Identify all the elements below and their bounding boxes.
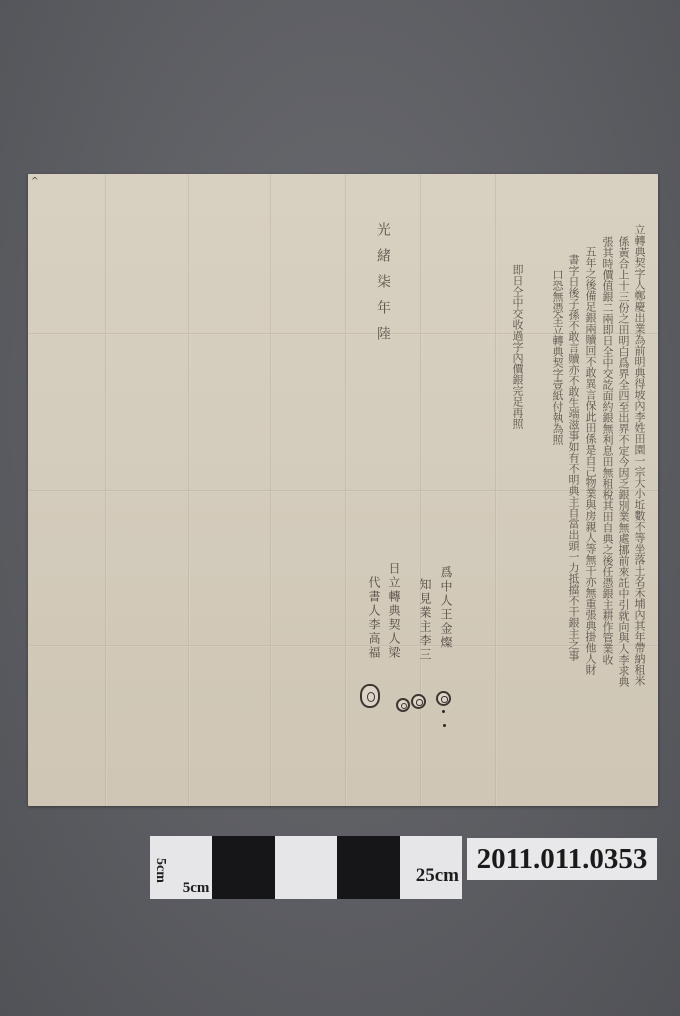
seal-stamp <box>436 691 451 706</box>
signatory-middleman: 爲中人王金燦 <box>440 566 452 676</box>
body-column: 係黃合上十三份之田明白爲界全四至出界不定今因乏銀別業無處挪前來託中引就向與人李求… <box>618 236 629 796</box>
seal-stamp <box>411 694 426 709</box>
ink-dot <box>442 710 445 713</box>
seal-stamp <box>396 698 410 712</box>
scale-square-white: 5cm 5cm <box>150 836 212 899</box>
scale-bar: 5cm 5cm 25cm <box>150 836 462 899</box>
ink-dot <box>443 724 446 727</box>
corner-ink-mark: ^ <box>31 177 39 187</box>
body-column: 書字日後子孫不敢言贖亦不敢生端滋事如有不明典主自當出頭一力抵擋不干銀主之事 <box>568 254 579 799</box>
scale-square-white: 25cm <box>400 836 462 899</box>
date-line: 光緒柒年陸月 <box>376 222 390 352</box>
signatory-witness: 知見業主李三 <box>419 578 431 678</box>
body-column: 即日仝中交收過字內價銀完足再照 <box>512 264 523 534</box>
fold-crease <box>28 333 658 335</box>
scale-square-black <box>337 836 399 899</box>
body-column: 五年之後備足銀兩贖回不敢異言保此田係是自己物業與房親人等無干亦無重張典掛他人財 <box>585 246 596 796</box>
signatory-principal: 日立轉典契人梁 鳳 <box>388 562 400 672</box>
scale-square-white <box>275 836 337 899</box>
seal-stamp <box>360 684 380 708</box>
accession-number-label: 2011.011.0353 <box>467 838 657 880</box>
scale-label-5cm: 5cm <box>183 880 210 897</box>
signatory-scribe: 代書人李高福 <box>368 576 380 676</box>
scale-label-vertical: 5cm <box>152 858 168 883</box>
body-column: 張其時價值銀二兩即日全中交訖面約銀無利息田無租稅其田自典之後任憑銀主耕作管業收 <box>602 236 613 796</box>
fold-crease <box>28 490 658 492</box>
fold-crease <box>28 645 658 647</box>
body-column: 口恐無憑全立轉典契字壹紙付執為照 <box>552 269 563 569</box>
scale-label-25cm: 25cm <box>416 865 459 887</box>
manuscript-document: ^ 光緒柒年陸月 立轉典契字人鄭慶出業為前明典得坡內李姓田園一宗大小坵數不等坐落… <box>28 174 658 806</box>
body-column: 立轉典契字人鄭慶出業為前明典得坡內李姓田園一宗大小坵數不等坐落土名禾埔內其年帶納… <box>634 224 645 799</box>
scale-square-black <box>212 836 274 899</box>
